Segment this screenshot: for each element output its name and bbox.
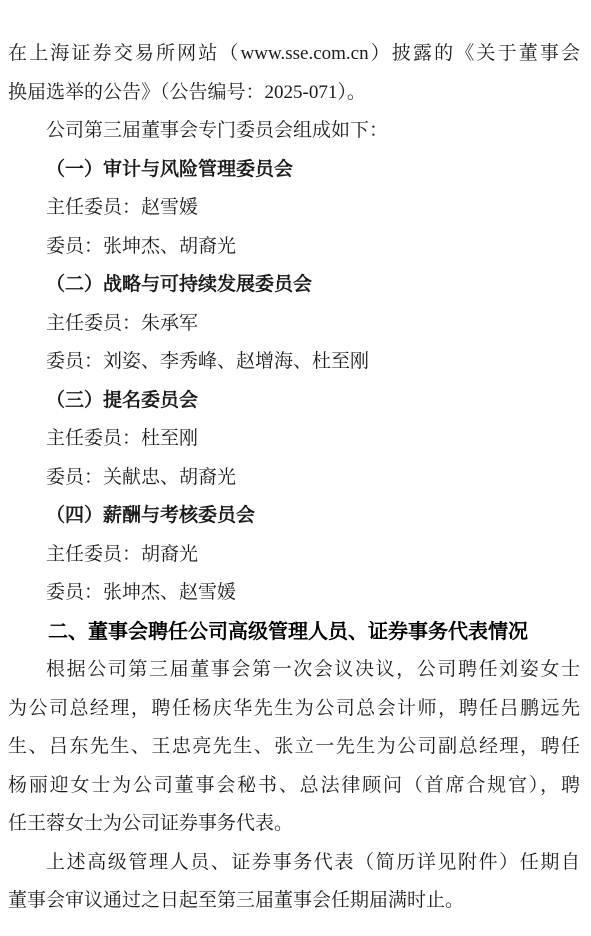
committee-intro-line: 公司第三届董事会专门委员会组成如下： xyxy=(8,112,580,151)
committee-1-members-line: 委员：张坤杰、胡裔光 xyxy=(8,228,580,267)
committee-4-chair-line: 主任委员：胡裔光 xyxy=(8,536,580,575)
committee-3-heading: （三）提名委员会 xyxy=(8,382,580,421)
committee-3-chair-line: 主任委员：杜至刚 xyxy=(8,420,580,459)
committee-2-members-line: 委员：刘姿、李秀峰、赵增海、杜至刚 xyxy=(8,343,580,382)
announcement-document-page: 在上海证券交易所网站（www.sse.com.cn）披露的《关于董事会 换届选举… xyxy=(0,0,591,936)
appointment-paragraph-line-1: 根据公司第三届董事会第一次会议决议，公司聘任刘姿女士 xyxy=(8,651,580,690)
appointment-paragraph-line-4: 杨丽迎女士为公司董事会秘书、总法律顾问（首席合规官），聘 xyxy=(8,767,580,806)
appointment-paragraph-line-3: 生、吕东先生、王忠亮先生、张立一先生为公司副总经理，聘任 xyxy=(8,728,580,767)
committee-3-members-line: 委员：关献忠、胡裔光 xyxy=(8,459,580,498)
committee-4-heading: （四）薪酬与考核委员会 xyxy=(8,497,580,536)
disclosure-paragraph-line-1: 在上海证券交易所网站（www.sse.com.cn）披露的《关于董事会 xyxy=(8,35,580,74)
term-paragraph-line-1: 上述高级管理人员、证券事务代表（简历详见附件）任期自 xyxy=(8,844,580,883)
appointment-paragraph-line-5: 任王蓉女士为公司证券事务代表。 xyxy=(8,805,580,844)
committee-1-heading: （一）审计与风险管理委员会 xyxy=(8,151,580,190)
appointment-paragraph-line-2: 为公司总经理，聘任杨庆华先生为公司总会计师，聘任吕鹏远先 xyxy=(8,690,580,729)
disclosure-paragraph-line-2: 换届选举的公告》（公告编号：2025-071）。 xyxy=(8,74,580,113)
committee-1-chair-line: 主任委员：赵雪媛 xyxy=(8,189,580,228)
committee-4-members-line: 委员：张坤杰、赵雪媛 xyxy=(8,574,580,613)
section-2-heading: 二、董事会聘任公司高级管理人员、证券事务代表情况 xyxy=(8,613,580,652)
committee-2-chair-line: 主任委员：朱承军 xyxy=(8,305,580,344)
term-paragraph-line-2: 董事会审议通过之日起至第三届董事会任期届满时止。 xyxy=(8,882,580,921)
committee-2-heading: （二）战略与可持续发展委员会 xyxy=(8,266,580,305)
